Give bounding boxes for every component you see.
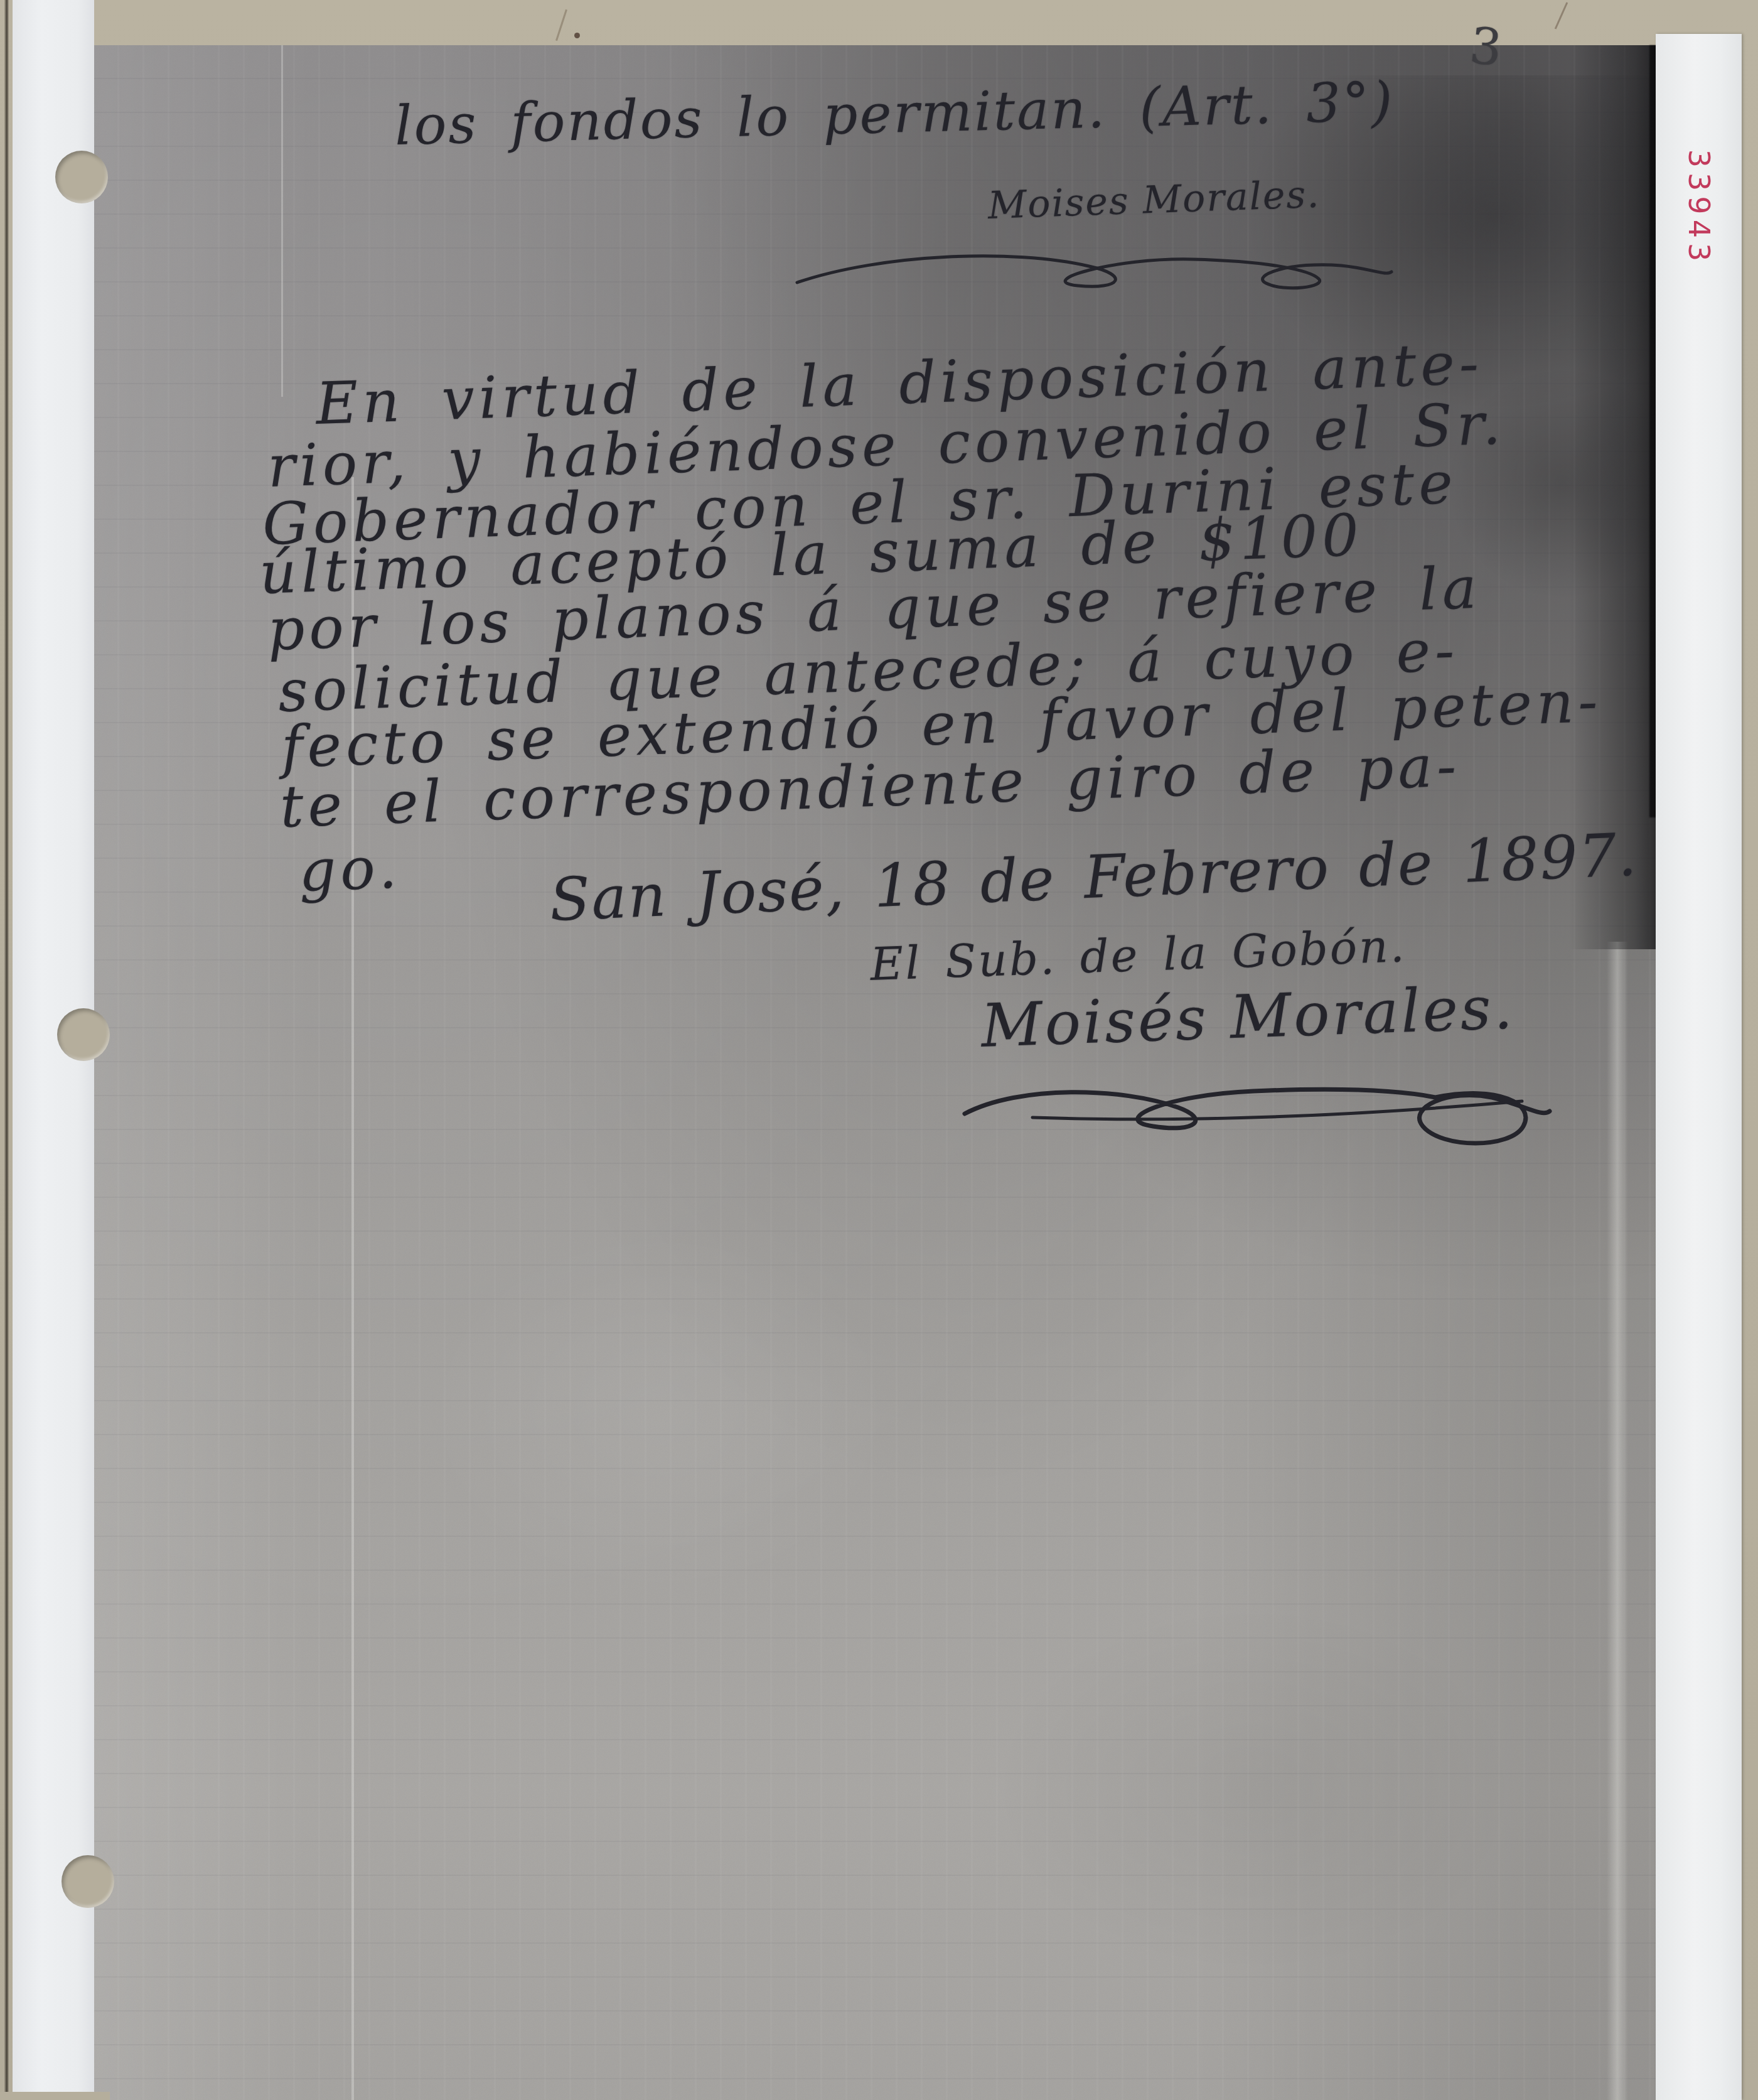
archive-number-label: 33943 <box>1657 149 1741 266</box>
punch-hole-middle <box>57 1008 110 1061</box>
punch-hole-top <box>55 151 108 203</box>
ink-speck <box>574 33 580 38</box>
punch-hole-bottom <box>62 1855 114 1908</box>
right-label-strip <box>1656 34 1742 2100</box>
signature-flourish-icon <box>788 244 1403 310</box>
backing-bottom-sliver <box>0 2092 110 2100</box>
archive-number-text: 33943 <box>1682 149 1716 266</box>
page-number-annotation: 3 <box>1467 16 1504 78</box>
page-left-shadow-line <box>4 0 9 2100</box>
body-line: go. <box>298 839 402 900</box>
opening-signature: Moises Morales. <box>987 176 1321 225</box>
signature: Moisés Morales. <box>980 978 1516 1057</box>
signature-flourish-icon <box>957 1060 1560 1157</box>
